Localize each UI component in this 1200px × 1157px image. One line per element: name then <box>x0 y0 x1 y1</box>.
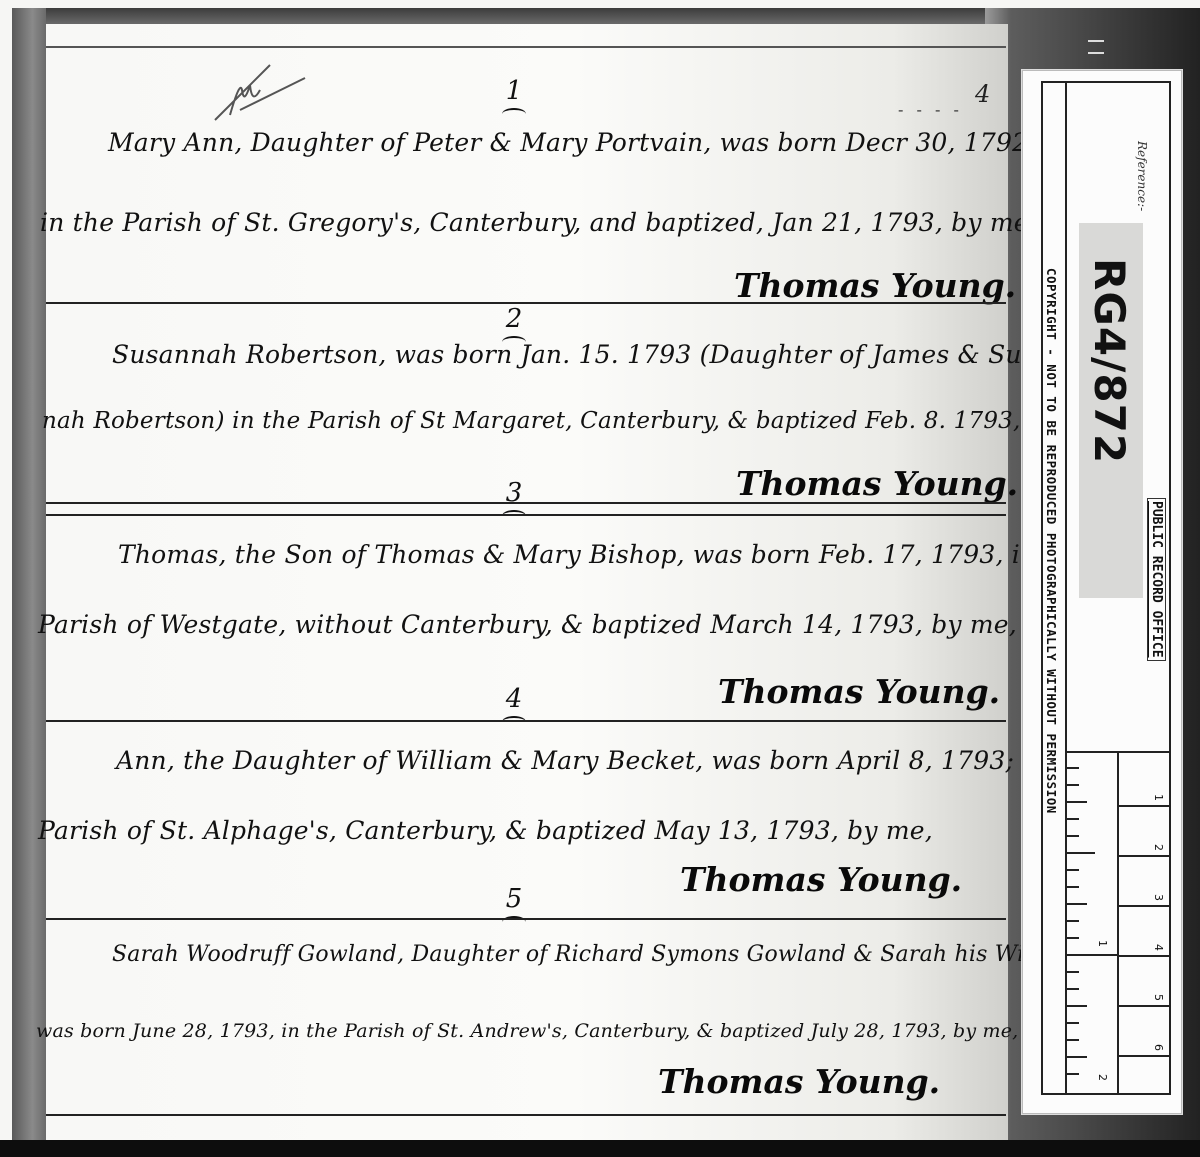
copyright-column: COPYRIGHT - NOT TO BE REPRODUCED PHOTOGR… <box>1043 83 1067 1093</box>
ruler-tick <box>1065 801 1087 803</box>
ruler-tick <box>1065 1073 1079 1075</box>
book-edge-top <box>12 8 1022 24</box>
entry-line: in the Parish of St. Gregory's, Canterbu… <box>40 208 1037 237</box>
reference-number: RG4/872 <box>1085 258 1134 464</box>
entry-line: Parish of Westgate, without Canterbury, … <box>38 610 1017 639</box>
ruler-tick <box>1117 955 1169 957</box>
ruler-label-inch: 2 <box>1096 1074 1109 1081</box>
entry-number: 5 <box>494 884 534 914</box>
ruler-tick <box>1065 767 1079 769</box>
ruler-tick <box>1065 886 1079 888</box>
ruler-tick <box>1065 835 1079 837</box>
ruler-label-cm: 5 <box>1152 994 1165 1001</box>
ruler-tick <box>1065 937 1079 939</box>
archive-reference-label: COPYRIGHT - NOT TO BE REPRODUCED PHOTOGR… <box>1022 70 1182 1114</box>
entry-line: was born June 28, 1793, in the Parish of… <box>36 1020 1018 1042</box>
entry-number: 2 <box>494 304 534 334</box>
ruler-tick <box>1065 920 1079 922</box>
entry-line: Parish of St. Alphage's, Canterbury, & b… <box>38 816 933 845</box>
scale-ruler: 1 2 1 2 3 4 5 6 <box>1065 751 1169 1095</box>
ruler-tick <box>1065 1039 1079 1041</box>
ruler-label-cm: 6 <box>1152 1044 1165 1051</box>
entry-number: 3 <box>494 478 534 508</box>
reference-caption: Reference:- <box>1135 141 1149 211</box>
entry-line: Thomas, the Son of Thomas & Mary Bishop,… <box>118 540 1086 569</box>
ruler-tick <box>1065 784 1079 786</box>
copyright-notice: COPYRIGHT - NOT TO BE REPRODUCED PHOTOGR… <box>1044 268 1059 814</box>
entry-number: 4 <box>494 684 534 714</box>
entry-divider <box>46 720 1006 722</box>
entry-divider <box>46 514 1006 516</box>
ruler-tick <box>1065 988 1079 990</box>
office-name: PUBLIC RECORD OFFICE <box>1147 498 1166 661</box>
entry-divider <box>46 918 1006 920</box>
ruler-label-cm: 4 <box>1152 944 1165 951</box>
signature: Thomas Young. <box>658 1062 940 1101</box>
ruler-tick <box>1065 1056 1087 1058</box>
ruler-tick <box>1117 855 1169 857</box>
ruler-tick <box>1117 805 1169 807</box>
book-binding-left <box>12 8 46 1148</box>
ruler-label-inch: 1 <box>1096 940 1109 947</box>
ruler-tick <box>1117 1055 1169 1057</box>
ruler-label-cm: 3 <box>1152 894 1165 901</box>
entry-line: Ann, the Daughter of William & Mary Beck… <box>116 746 1096 775</box>
ruler-tick <box>1117 905 1169 907</box>
entry-line: nah Robertson) in the Parish of St Marga… <box>42 408 1107 434</box>
ruler-label-cm: 2 <box>1152 844 1165 851</box>
entry-number: 1 <box>494 76 534 106</box>
ruler-tick <box>1065 954 1117 956</box>
background-bottom <box>0 1140 1200 1157</box>
scratch-mark <box>1088 40 1104 54</box>
ruler-tick <box>1117 1005 1169 1007</box>
signature: Thomas Young. <box>734 266 1016 305</box>
entry-divider <box>46 1114 1006 1116</box>
ruler-label-cm: 1 <box>1152 794 1165 801</box>
ruler-tick <box>1065 1022 1079 1024</box>
ruler-tick <box>1065 869 1079 871</box>
top-rule <box>46 46 1006 48</box>
ruler-tick <box>1065 903 1087 905</box>
entry-line: Mary Ann, Daughter of Peter & Mary Portv… <box>108 128 1037 157</box>
register-entry: 2 Susannah Robertson, was born Jan. 15. … <box>46 302 1006 502</box>
ruler-tick <box>1065 1005 1087 1007</box>
entry-line: Sarah Woodruff Gowland, Daughter of Rich… <box>112 942 1053 967</box>
ruler-tick <box>1065 818 1079 820</box>
register-entry: 1 Mary Ann, Daughter of Peter & Mary Por… <box>46 70 1006 302</box>
ruler-tick <box>1065 852 1095 854</box>
label-border: COPYRIGHT - NOT TO BE REPRODUCED PHOTOGR… <box>1041 81 1171 1095</box>
entry-line: Susannah Robertson, was born Jan. 15. 17… <box>112 340 1075 369</box>
ruler-tick <box>1065 971 1079 973</box>
